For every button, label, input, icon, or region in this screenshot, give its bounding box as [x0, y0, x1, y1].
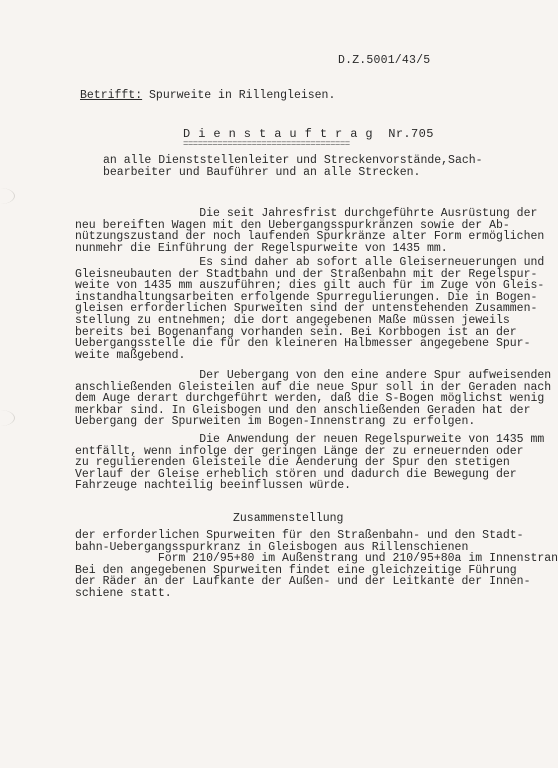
section-text: der erforderlichen Spurweiten für den St…: [75, 530, 558, 600]
paragraph: Es sind daher ab sofort alle Gleiserneue…: [75, 257, 544, 361]
document-page: D.Z.5001/43/5 Betrifft: Spurweite in Ril…: [0, 0, 558, 768]
punch-hole-mark: [0, 410, 15, 426]
reference-number: D.Z.5001/43/5: [338, 54, 430, 67]
subject-line: Betrifft: Spurweite in Rillengleisen.: [80, 89, 335, 102]
title-underline: ==================================: [183, 139, 350, 149]
paragraph: Die Anwendung der neuen Regelspurweite v…: [75, 434, 544, 492]
punch-hole-mark: [0, 188, 15, 204]
paragraph: Die seit Jahresfrist durchgeführte Ausrü…: [75, 208, 544, 254]
paragraph: Der Uebergang von den eine andere Spur a…: [75, 370, 551, 428]
section-heading: Zusammenstellung: [233, 512, 343, 525]
addressees: an alle Dienststellenleiter und Strecken…: [103, 155, 483, 178]
subject-text: Spurweite in Rillengleisen.: [149, 89, 335, 102]
subject-label: Betrifft:: [80, 89, 142, 102]
